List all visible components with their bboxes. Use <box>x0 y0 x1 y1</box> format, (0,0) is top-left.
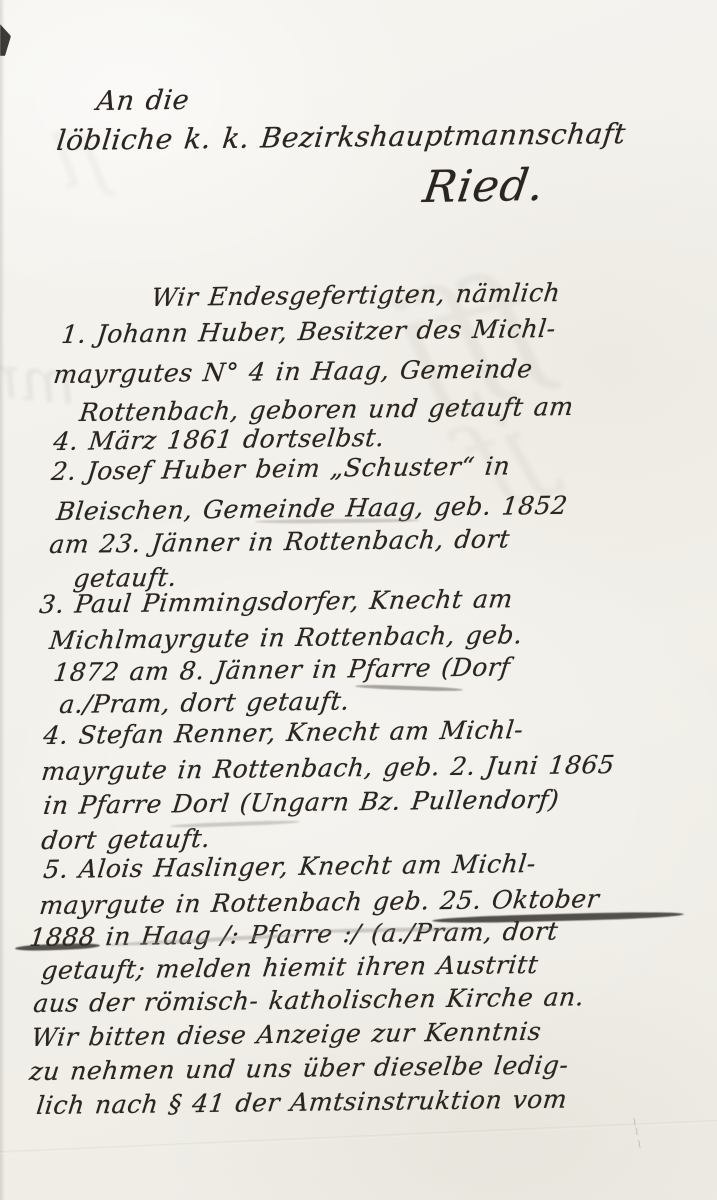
body-line: dort getauft. <box>40 824 212 855</box>
pencil-smudge <box>310 927 470 934</box>
pencil-underline <box>432 911 684 925</box>
body-line: lich nach § 41 der Amtsinstruktion vom <box>35 1085 569 1120</box>
ink-bleedthrough-ghost <box>48 111 113 206</box>
pencil-underline <box>255 518 420 523</box>
pencil-smudge <box>105 933 305 947</box>
body-line: Bleischen, Gemeinde Haag, geb. 1852 <box>55 491 569 526</box>
body-line: getauft. <box>72 563 178 593</box>
pencil-underline <box>355 684 463 692</box>
address-salutation: An die <box>95 85 191 117</box>
ink-bleedthrough-ghost <box>455 393 550 518</box>
body-line: 1872 am 8. Jänner in Pfarre (Dorf <box>52 652 512 687</box>
scan-corner-artifact <box>0 24 11 56</box>
body-line: am 23. Jänner in Rottenbach, dort <box>48 524 511 559</box>
body-line: getauft; melden hiemit ihren Austritt <box>40 950 540 985</box>
pencil-scribble-ghost <box>626 1115 647 1150</box>
scan-edge-shadow <box>0 0 5 1200</box>
body-line: aus der römisch- katholischen Kirche an. <box>32 982 586 1018</box>
ink-bleedthrough-ghost <box>383 241 554 427</box>
body-line: Michlmayrgute in Rottenbach, geb. <box>48 620 524 655</box>
body-line: Wir bitten diese Anzeige zur Kenntnis <box>30 1017 543 1052</box>
body-line-item5-name: 5. Alois Haslinger, Knecht am Michl- <box>42 849 537 884</box>
body-line-item1-name: 1. Johann Huber, Besitzer des Michl- <box>60 314 557 349</box>
body-line: Rottenbach, geboren und getauft am <box>78 392 575 427</box>
body-line: in Pfarre Dorl (Ungarn Bz. Pullendorf) <box>42 785 561 820</box>
pencil-smudge <box>170 820 300 829</box>
body-line: 1888 in Haag /: Pfarre :/ (a./Pram, dort <box>28 917 560 952</box>
body-line: mayrgute in Rottenbach, geb. 2. Juni 186… <box>40 750 616 786</box>
body-line: mayrgute in Rottenbach geb. 25. Oktober <box>38 884 601 920</box>
body-line-item3-name: 3. Paul Pimmingsdorfer, Knecht am <box>38 584 514 619</box>
body-line: mayrgutes N° 4 in Haag, Gemeinde <box>52 354 534 389</box>
document-page: An die löbliche k. k. Bezirkshauptmannsc… <box>0 0 717 1200</box>
address-place: Ried. <box>420 160 548 213</box>
body-line: 4. März 1861 dortselbst. <box>52 423 386 456</box>
address-recipient: löbliche k. k. Bezirkshauptmannschaft <box>55 117 628 157</box>
body-line: a./Pram, dort getauft. <box>58 686 351 719</box>
body-line-intro: Wir Endesgefertigten, nämlich <box>150 278 562 312</box>
paper-crease <box>0 1118 717 1155</box>
pencil-underline <box>15 943 100 952</box>
body-line-item2-name: 2. Josef Huber beim „Schuster“ in <box>50 451 512 486</box>
ink-bleedthrough-ghost <box>0 340 81 420</box>
body-line: zu nehmen und uns über dieselbe ledig- <box>28 1050 570 1086</box>
body-line-item4-name: 4. Stefan Renner, Knecht am Michl- <box>42 715 525 750</box>
